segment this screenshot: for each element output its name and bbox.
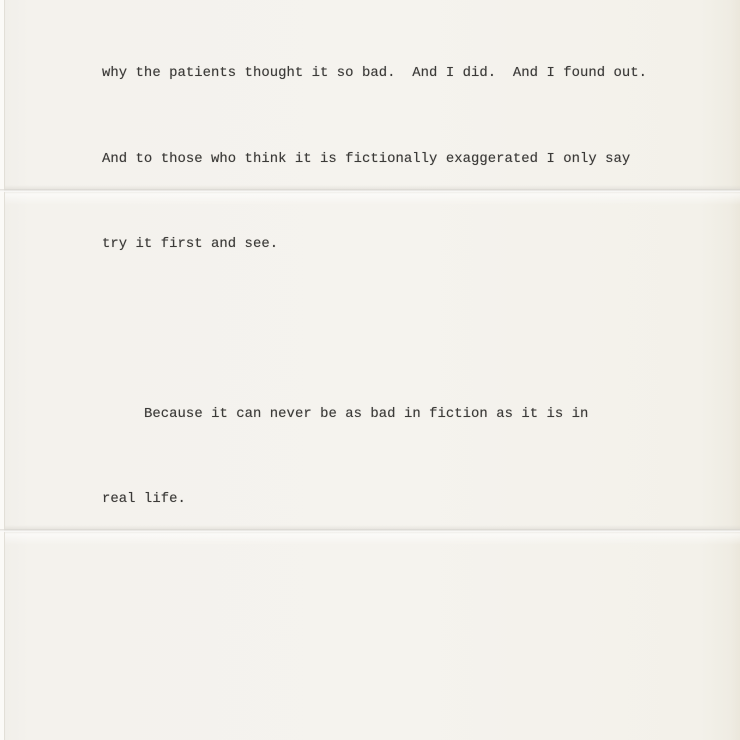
- text-line: why the patients thought it so bad. And …: [102, 59, 647, 88]
- text-line-indented: Because it can never be as bad in fictio…: [102, 400, 647, 429]
- typed-text-body: why the patients thought it so bad. And …: [102, 2, 647, 571]
- paper-edge: [0, 0, 5, 740]
- text-line: And to those who think it is fictionally…: [102, 145, 647, 174]
- text-line: real life.: [102, 485, 647, 514]
- document-page: why the patients thought it so bad. And …: [0, 0, 740, 740]
- paragraph-gap: [102, 316, 647, 343]
- text-line: try it first and see.: [102, 230, 647, 259]
